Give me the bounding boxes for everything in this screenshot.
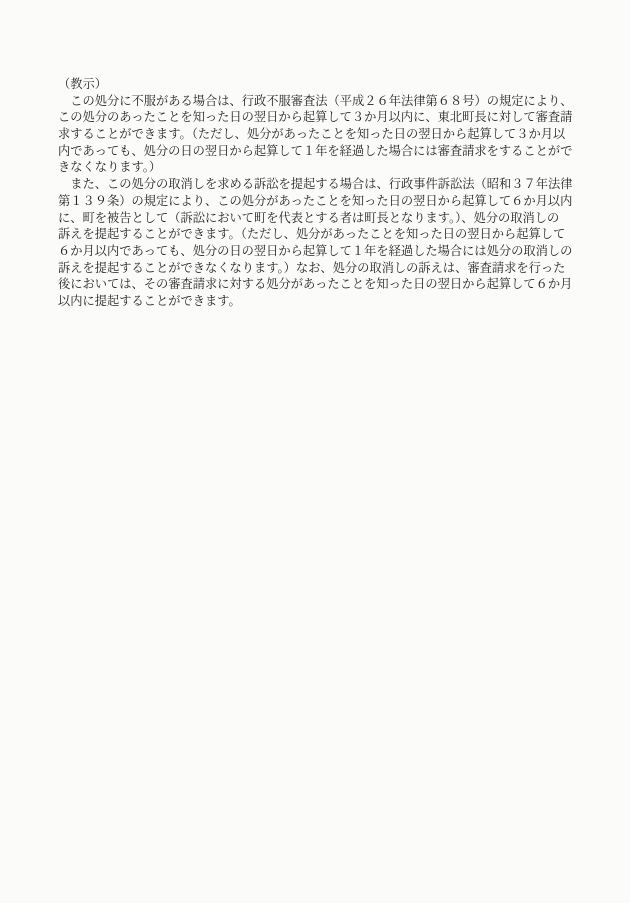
text-line: 内であっても、処分の日の翌日から起算して１年を経過した場合には審査請求をすること… xyxy=(58,143,573,160)
notice-text-block: （教示） この処分に不服がある場合は、行政不服審査法（平成２６年法律第６８号）の… xyxy=(58,76,573,310)
text-line: また、この処分の取消しを求める訴訟を提起する場合は、行政事件訴訟法（昭和３７年法… xyxy=(58,176,573,193)
text-line: 求することができます。（ただし、処分があったことを知った日の翌日から起算して３か… xyxy=(58,126,573,143)
text-line: 後においては、その審査請求に対する処分があったことを知った日の翌日から起算して６… xyxy=(58,276,573,293)
text-line: に、町を被告として（訴訟において町を代表とする者は町長となります。）、処分の取消… xyxy=(58,210,573,227)
document-page: （教示） この処分に不服がある場合は、行政不服審査法（平成２６年法律第６８号）の… xyxy=(0,0,630,903)
text-line: この処分に不服がある場合は、行政不服審査法（平成２６年法律第６８号）の規定により… xyxy=(58,93,573,110)
text-line: 以内に提起することができます。 xyxy=(58,293,573,310)
text-line: 第１３９条）の規定により、この処分があったことを知った日の翌日から起算して６か月… xyxy=(58,193,573,210)
text-line: 訴えを提起することができなくなります。）なお、処分の取消しの訴えは、審査請求を行… xyxy=(58,260,573,277)
document-heading: （教示） xyxy=(58,76,573,93)
text-line: 訴えを提起することができます。（ただし、処分があったことを知った日の翌日から起算… xyxy=(58,226,573,243)
text-line: きなくなります。） xyxy=(58,159,573,176)
text-line: ６か月以内であっても、処分の日の翌日から起算して１年を経過した場合には処分の取消… xyxy=(58,243,573,260)
text-line: この処分のあったことを知った日の翌日から起算して３か月以内に、東北町長に対して審… xyxy=(58,109,573,126)
